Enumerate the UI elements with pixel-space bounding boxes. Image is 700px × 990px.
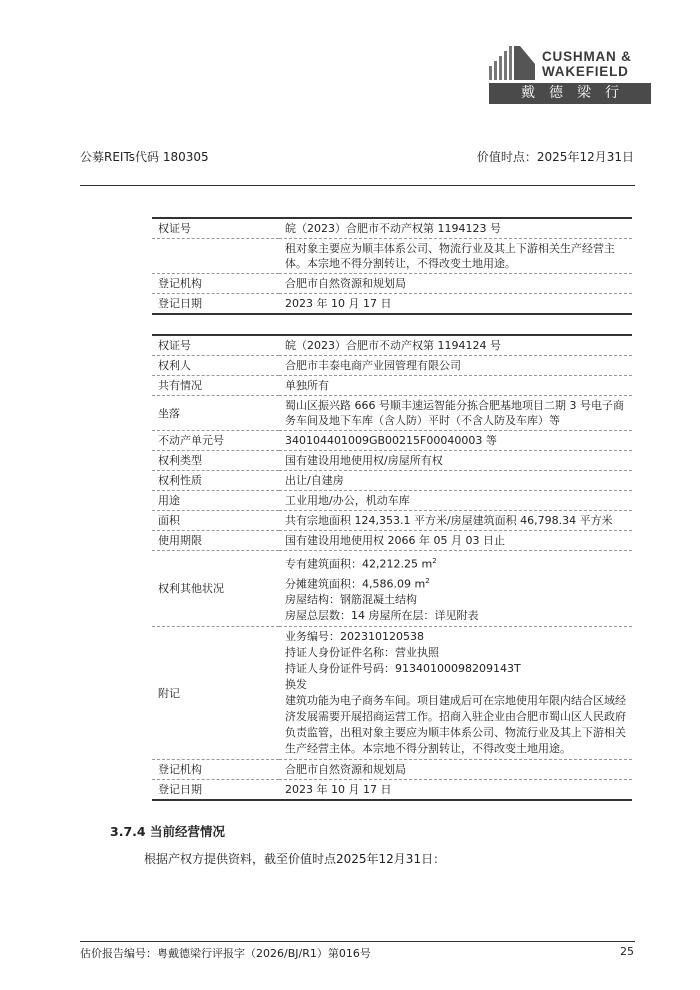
- page-number: 25: [620, 945, 634, 958]
- row-value: 蜀山区振兴路 666 号顺丰速运智能分拣合肥基地项目二期 3 号电子商务车间及地…: [279, 396, 632, 431]
- certificate-table-2: 权证号 皖（2023）合肥市不动产权第 1194124 号 权利人 合肥市丰泰电…: [152, 334, 632, 801]
- value-line: 持证人身份证件名称：营业执照: [285, 645, 628, 661]
- row-key: 不动产单元号: [152, 431, 279, 451]
- brand-chinese-name: 戴德梁行: [489, 83, 651, 104]
- section-title: 3.7.4 当前经营情况: [110, 822, 225, 840]
- table-row: 面积 共有宗地面积 124,353.1 平方米/房屋建筑面积 46,798.34…: [152, 511, 632, 531]
- row-value: 单独所有: [279, 376, 632, 396]
- row-key: 坐落: [152, 396, 279, 431]
- table-row: 使用期限 国有建设用地使用权 2066 年 05 月 03 日止: [152, 531, 632, 551]
- table-row: 权证号 皖（2023）合肥市不动产权第 1194124 号: [152, 335, 632, 356]
- value-line: 建筑功能为电子商务车间。项目建成后可在宗地使用年限内结合区域经济发展需要开展招商…: [285, 693, 628, 757]
- row-key: 登记机构: [152, 274, 279, 294]
- row-value: 出让/自建房: [279, 471, 632, 491]
- row-value: 租对象主要应为顺丰体系公司、物流行业及其上下游相关生产经营主体。本宗地不得分割转…: [279, 239, 632, 274]
- row-key: 权利其他状况: [152, 551, 279, 627]
- certificate-table-1: 权证号 皖（2023）合肥市不动产权第 1194123 号 租对象主要应为顺丰体…: [152, 217, 632, 315]
- table-row: 权证号 皖（2023）合肥市不动产权第 1194123 号: [152, 218, 632, 239]
- row-key: 登记日期: [152, 294, 279, 315]
- header-divider: [80, 185, 635, 186]
- row-key: 共有情况: [152, 376, 279, 396]
- row-key: 权证号: [152, 218, 279, 239]
- row-value: 皖（2023）合肥市不动产权第 1194123 号: [279, 218, 632, 239]
- row-key: 权利性质: [152, 471, 279, 491]
- cushman-wakefield-logo: CUSHMAN & WAKEFIELD 戴德梁行: [489, 46, 651, 104]
- section-body: 根据产权方提供资料，截至价值时点2025年12月31日：: [144, 850, 445, 867]
- row-value: 专有建筑面积：42,212.25 m2 分摊建筑面积：4,586.09 m2 房…: [279, 551, 632, 627]
- row-key: 登记机构: [152, 760, 279, 780]
- table-row: 不动产单元号 340104401009GB00215F00040003 等: [152, 431, 632, 451]
- row-value: 国有建设用地使用权 2066 年 05 月 03 日止: [279, 531, 632, 551]
- row-key: 使用期限: [152, 531, 279, 551]
- value-line: 房屋总层数：14 房屋所在层：详见附表: [285, 608, 628, 624]
- footer-divider: [80, 941, 635, 942]
- report-number: 估价报告编号：粤戴德梁行评报字（2026/BJ/R1）第016号: [80, 945, 371, 961]
- row-key: 权证号: [152, 335, 279, 356]
- table-row: 租对象主要应为顺丰体系公司、物流行业及其上下游相关生产经营主体。本宗地不得分割转…: [152, 239, 632, 274]
- row-value: 2023 年 10 月 17 日: [279, 780, 632, 801]
- table-row: 登记日期 2023 年 10 月 17 日: [152, 294, 632, 315]
- table-row: 附记 业务编号：202310120538 持证人身份证件名称：营业执照 持证人身…: [152, 627, 632, 760]
- valuation-date: 价值时点：2025年12月31日: [477, 148, 634, 165]
- row-key: 权利类型: [152, 451, 279, 471]
- table-row: 权利人 合肥市丰泰电商产业园管理有限公司: [152, 356, 632, 376]
- row-value: 国有建设用地使用权/房屋所有权: [279, 451, 632, 471]
- row-key: 登记日期: [152, 780, 279, 801]
- table-row: 坐落 蜀山区振兴路 666 号顺丰速运智能分拣合肥基地项目二期 3 号电子商务车…: [152, 396, 632, 431]
- row-key: 权利人: [152, 356, 279, 376]
- row-key: 用途: [152, 491, 279, 511]
- table-row: 登记日期 2023 年 10 月 17 日: [152, 780, 632, 801]
- row-value: 业务编号：202310120538 持证人身份证件名称：营业执照 持证人身份证件…: [279, 627, 632, 760]
- row-key: [152, 239, 279, 274]
- row-value: 皖（2023）合肥市不动产权第 1194124 号: [279, 335, 632, 356]
- row-key: 附记: [152, 627, 279, 760]
- row-value: 2023 年 10 月 17 日: [279, 294, 632, 315]
- table-row: 权利性质 出让/自建房: [152, 471, 632, 491]
- value-line: 专有建筑面积：42,212.25 m2: [285, 553, 628, 573]
- table-row: 共有情况 单独所有: [152, 376, 632, 396]
- reits-code: 公募REITs代码 180305: [80, 148, 209, 165]
- building-bars-icon: [489, 46, 537, 80]
- value-line: 业务编号：202310120538: [285, 629, 628, 645]
- table-row: 权利类型 国有建设用地使用权/房屋所有权: [152, 451, 632, 471]
- row-value: 合肥市丰泰电商产业园管理有限公司: [279, 356, 632, 376]
- row-value: 合肥市自然资源和规划局: [279, 274, 632, 294]
- table-row: 权利其他状况 专有建筑面积：42,212.25 m2 分摊建筑面积：4,586.…: [152, 551, 632, 627]
- table-row: 用途 工业用地/办公，机动车库: [152, 491, 632, 511]
- table-row: 登记机构 合肥市自然资源和规划局: [152, 760, 632, 780]
- value-line: 分摊建筑面积：4,586.09 m2: [285, 573, 628, 593]
- brand-line1: CUSHMAN &: [542, 49, 632, 64]
- value-line: 房屋结构：钢筋混凝土结构: [285, 592, 628, 608]
- row-value: 合肥市自然资源和规划局: [279, 760, 632, 780]
- table-row: 登记机构 合肥市自然资源和规划局: [152, 274, 632, 294]
- value-line: 持证人身份证件号码：91340100098209143T: [285, 661, 628, 677]
- row-key: 面积: [152, 511, 279, 531]
- row-value: 340104401009GB00215F00040003 等: [279, 431, 632, 451]
- value-line: 换发: [285, 677, 628, 693]
- row-value: 工业用地/办公，机动车库: [279, 491, 632, 511]
- row-value: 共有宗地面积 124,353.1 平方米/房屋建筑面积 46,798.34 平方…: [279, 511, 632, 531]
- brand-name: CUSHMAN & WAKEFIELD: [542, 49, 632, 79]
- brand-line2: WAKEFIELD: [542, 64, 632, 79]
